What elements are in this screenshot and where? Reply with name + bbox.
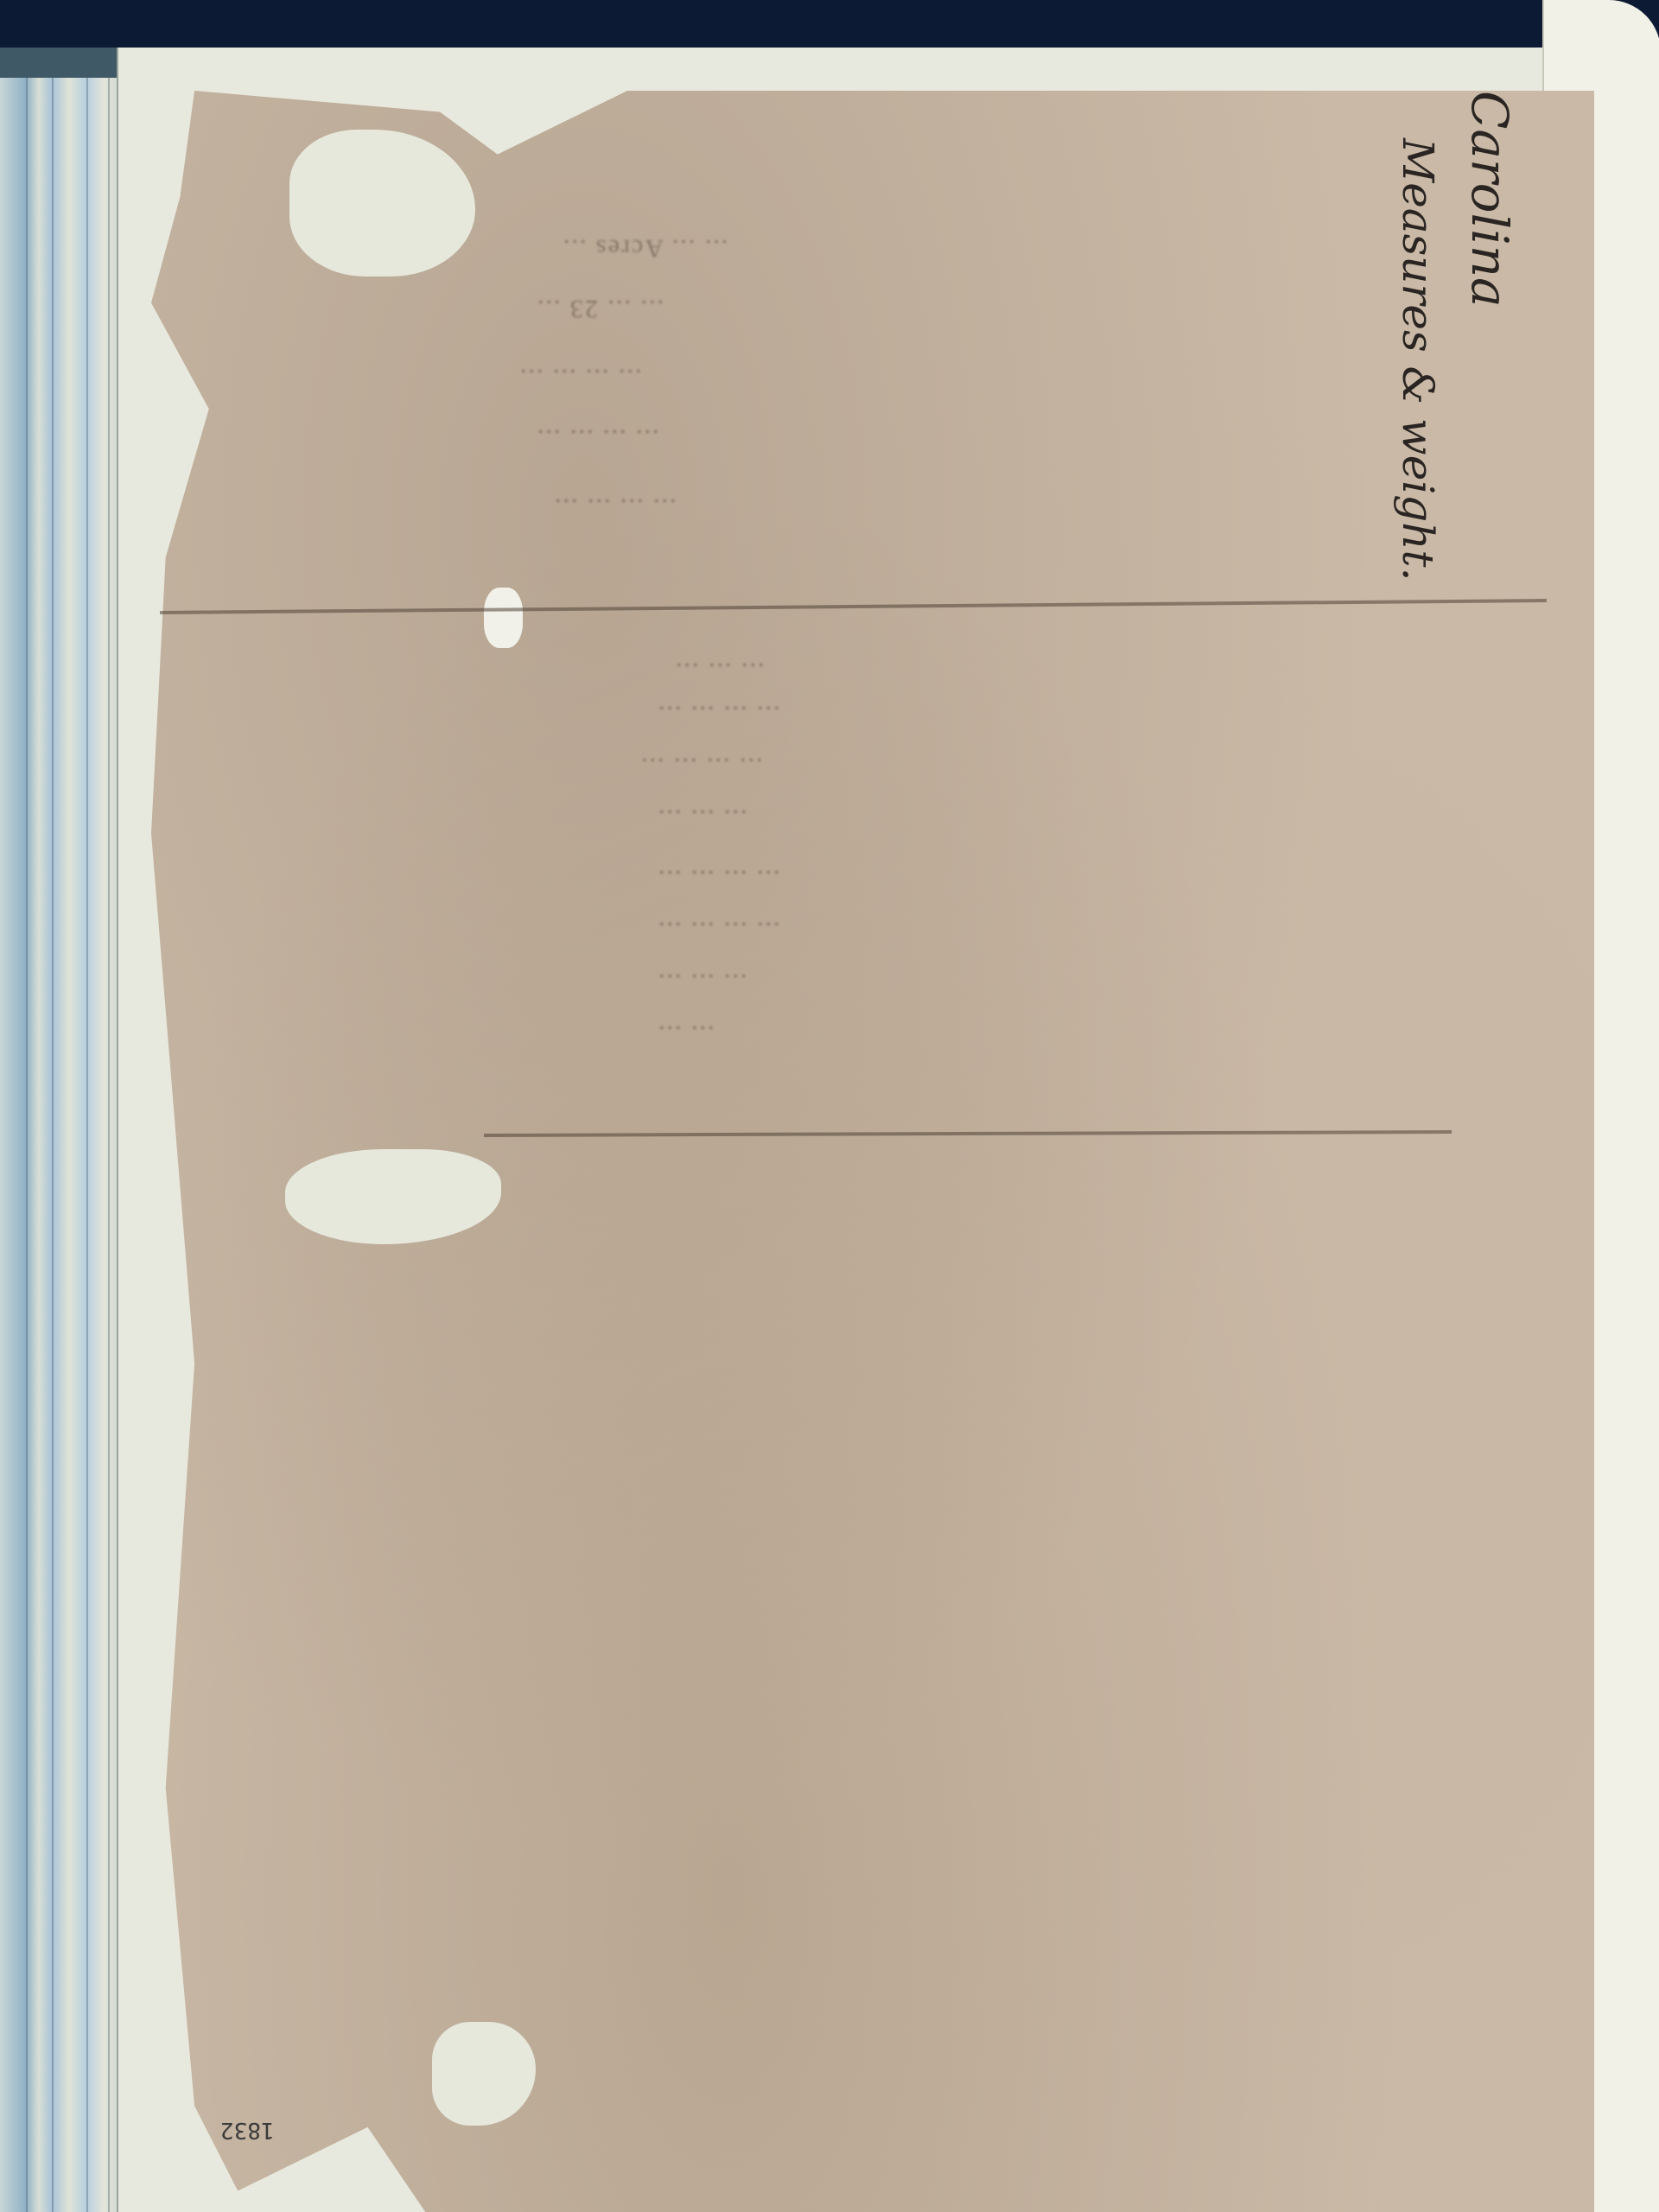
- faded-text-line: ... ...: [657, 1020, 715, 1049]
- faded-text-line: ... ... ... ...: [553, 493, 677, 522]
- paper-loss-hole: [484, 588, 523, 648]
- faded-text-line: ... ... Acres ...: [562, 233, 728, 263]
- faded-text-line: ... ... ... ...: [518, 363, 642, 392]
- faded-text-line: ... ... ... ...: [639, 752, 763, 781]
- page-edge-line: [86, 78, 88, 2212]
- faded-text-line: ... ... ...: [657, 968, 747, 997]
- faded-text-line: ... ... ... ...: [657, 916, 780, 945]
- page-edge-line: [26, 78, 28, 2212]
- faded-text-line: ... ... ... ...: [657, 864, 780, 893]
- annotation-title: Carolina: [1460, 91, 1519, 308]
- page-edge-line: [108, 78, 110, 2212]
- annotation-subtitle: Measures & weight.: [1393, 138, 1443, 581]
- page-edge-line: [52, 78, 54, 2212]
- faded-text-line: ... ... ... ...: [536, 423, 659, 453]
- folio-stamp: 1832: [220, 2117, 275, 2143]
- faded-text-line: ... ... 23 ...: [536, 294, 664, 323]
- faded-text-line: ... ... ...: [674, 657, 765, 686]
- faded-text-line: ... ... ...: [657, 804, 747, 833]
- faded-text-line: ... ... ... ...: [657, 700, 780, 729]
